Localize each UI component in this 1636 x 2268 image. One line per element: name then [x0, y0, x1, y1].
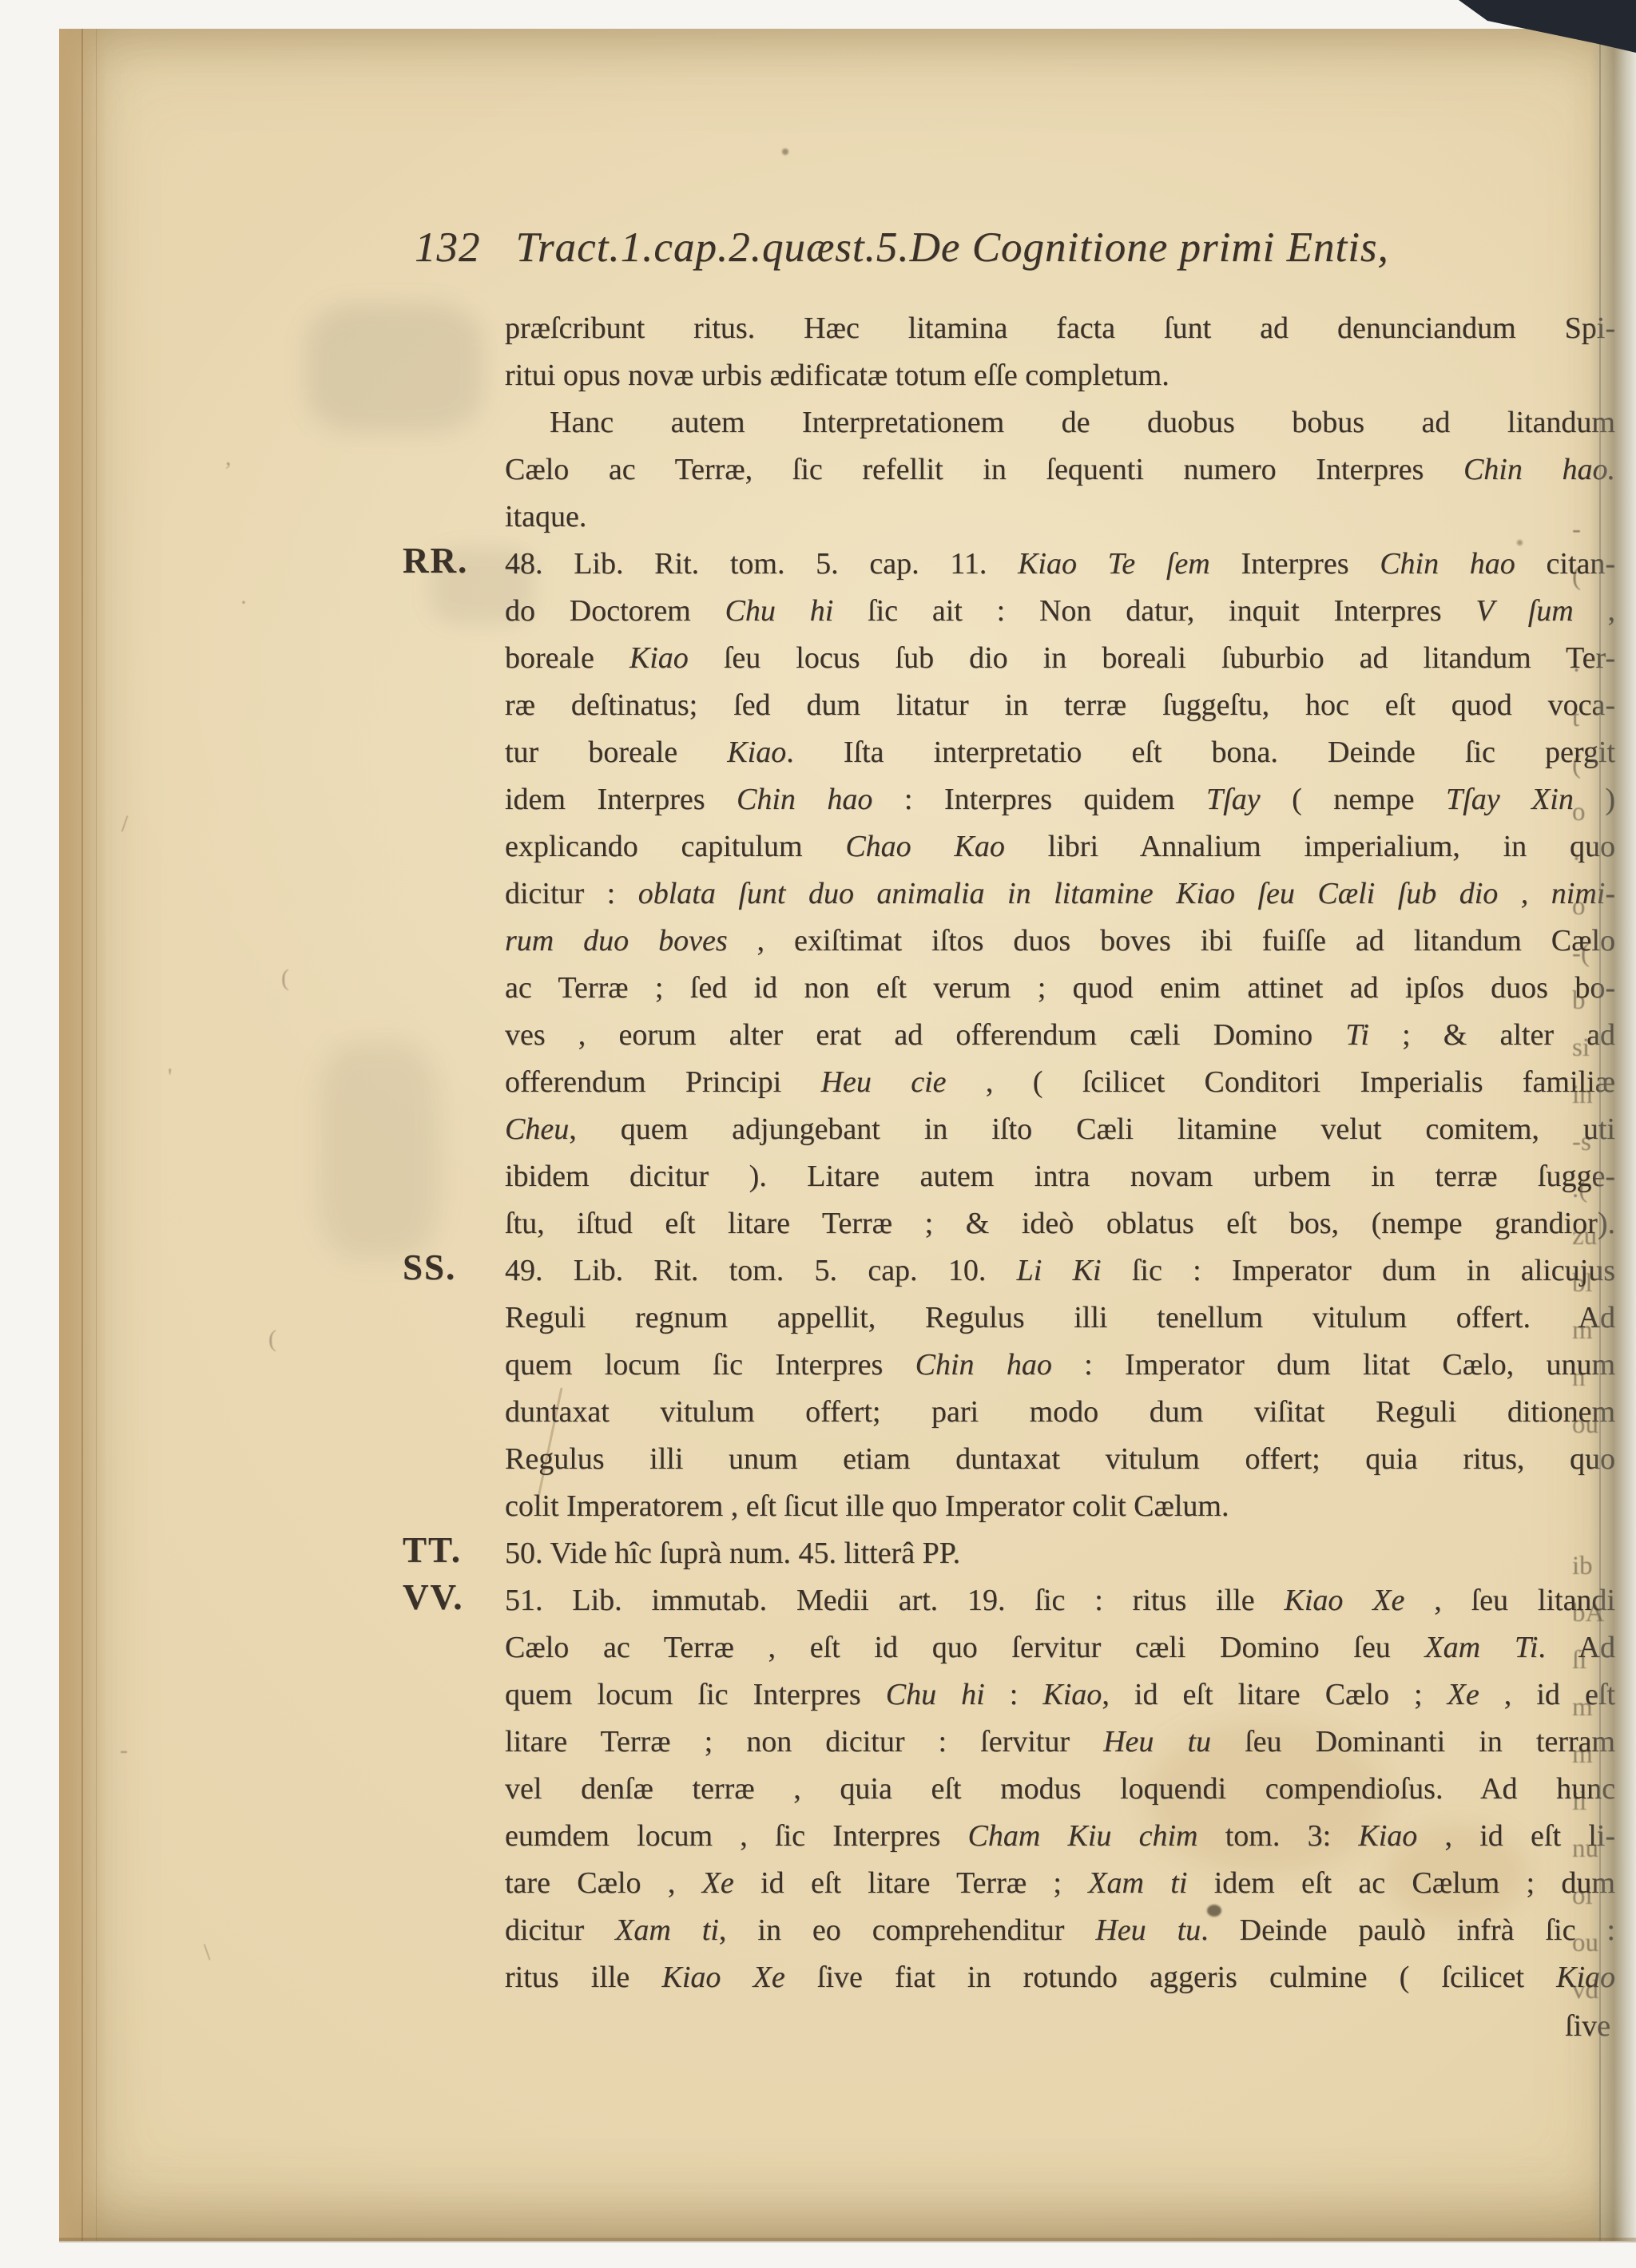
roman-text: libri Annalium imperialium, in quo: [1048, 830, 1615, 863]
text-line: 48. Lib. Rit. tom. 5. cap. 11. Kiao Te ſ…: [505, 541, 1615, 588]
text-line: duntaxat vitulum offert; pari modo dum v…: [505, 1389, 1615, 1436]
italic-text: Xam ti: [1088, 1866, 1213, 1900]
italic-text: Xe: [1447, 1678, 1479, 1711]
roman-text: Cælo ac Terræ , eſt id quo ſervitur cæli…: [505, 1631, 1424, 1664]
roman-text: Cælo ac Terræ, ſic refellit in ſequenti …: [505, 453, 1463, 486]
roman-text: , ( ſcilicet Conditori Imperialis famili…: [947, 1065, 1615, 1099]
roman-text: explicando capitulum: [505, 830, 845, 863]
binding-crease: [81, 29, 83, 2241]
text-line: explicando capitulum Chao Kao libri Anna…: [505, 823, 1615, 870]
text-line: eumdem locum , ſic Interpres Cham Kiu ch…: [505, 1813, 1615, 1860]
italic-text: Kiao Xe: [1285, 1584, 1405, 1617]
text-line: itaque.: [505, 494, 1615, 541]
binding-crease: [96, 29, 97, 2241]
margin-label: RR.: [403, 537, 468, 585]
text-line: quem locum ſic Interpres Chin hao : Impe…: [505, 1342, 1615, 1389]
italic-text: Li Ki: [1017, 1254, 1132, 1287]
italic-text: Heu tu: [1103, 1725, 1245, 1758]
roman-text: ritus ille: [505, 1961, 662, 1994]
text-line: idem Interpres Chin hao : Interpres quid…: [505, 776, 1615, 823]
roman-text: ſic : Imperator dum in alicujus: [1132, 1254, 1615, 1287]
roman-text: quem locum ſic Interpres: [505, 1348, 915, 1382]
roman-text: Reguli regnum appellit, Regulus illi ten…: [505, 1301, 1615, 1334]
roman-text: , id eſt li-: [1417, 1819, 1615, 1853]
roman-text: offerendum Principi: [505, 1065, 821, 1099]
text-line: tare Cælo , Xe id eſt litare Terræ ; Xam…: [505, 1860, 1615, 1907]
roman-text: tur boreale: [505, 736, 727, 769]
roman-text: , in eo comprehenditur: [719, 1913, 1095, 1947]
italic-text: Chao Kao: [845, 830, 1047, 863]
text-line: Cheu, quem adjungebant in iſto Cæli lita…: [505, 1106, 1615, 1153]
roman-text: 49. Lib. Rit. tom. 5. cap. 10.: [505, 1254, 1017, 1287]
italic-text: oblata ſunt duo animalia in litamine Kia…: [638, 877, 1615, 910]
roman-text: duntaxat vitulum offert; pari modo dum v…: [505, 1395, 1615, 1429]
text-line: Cælo ac Terræ, ſic refellit in ſequenti …: [505, 446, 1615, 494]
italic-text: Heu tu: [1095, 1913, 1201, 1947]
roman-text: id eſt litare Terræ ;: [734, 1866, 1089, 1900]
text-line: litare Terræ ; non dicitur : ſervitur He…: [505, 1719, 1615, 1766]
roman-text: ſive fiat in rotundo aggeris culmine ( ſ…: [817, 1961, 1556, 1994]
text-line: 49. Lib. Rit. tom. 5. cap. 10. Li Ki ſic…: [505, 1247, 1615, 1295]
text-line: dicitur Xam ti, in eo comprehenditur Heu…: [505, 1907, 1615, 1954]
roman-text: ; & alter ad: [1369, 1018, 1615, 1052]
roman-text: colit Imperatorem , eſt ſicut ille quo I…: [505, 1489, 1229, 1523]
roman-text: 50. Vide hîc ſuprà num. 45. litterâ PP.: [505, 1536, 960, 1570]
page-left-fore-edge: [59, 29, 107, 2241]
text-line: ræ deſtinatus; ſed dum litatur in terræ …: [505, 682, 1615, 729]
text-line: præſcribunt ritus. Hæc litamina facta ſu…: [505, 305, 1615, 352]
roman-text: do Doctorem: [505, 594, 725, 628]
italic-text: Chin hao: [1380, 547, 1515, 581]
italic-text: rum duo boves: [505, 924, 728, 958]
italic-text: Xe: [702, 1866, 734, 1900]
book-page-scan: 132 Tract.1.cap.2.quæst.5.De Cognitione …: [0, 0, 1636, 2268]
roman-text: itaque.: [505, 500, 586, 533]
roman-text: , quem adjungebant in iſto Cæli litamine…: [569, 1112, 1615, 1146]
roman-text: idem Interpres: [505, 783, 737, 816]
gutter-shadow-line: [1599, 29, 1601, 2241]
roman-text: idem eſt ac Cælum ; dum: [1214, 1866, 1615, 1900]
text-line: rum duo boves , exiſtimat iſtos duos bov…: [505, 918, 1615, 965]
italic-text: Tſay: [1206, 783, 1292, 816]
italic-text: Chu hi: [886, 1678, 985, 1711]
roman-text: quem locum ſic Interpres: [505, 1678, 886, 1711]
page: 132 Tract.1.cap.2.quæst.5.De Cognitione …: [59, 29, 1636, 2241]
margin-label: VV.: [403, 1574, 463, 1621]
roman-text: ibidem dicitur ). Litare autem intra nov…: [505, 1160, 1615, 1193]
text-line: Cælo ac Terræ , eſt id quo ſervitur cæli…: [505, 1624, 1615, 1671]
roman-text: Hanc autem Interpretationem de duobus bo…: [550, 406, 1615, 439]
roman-text: vel denſæ terræ , quia eſt modus loquend…: [505, 1772, 1615, 1806]
italic-text: Kiao: [1358, 1819, 1417, 1853]
roman-text: tare Cælo ,: [505, 1866, 702, 1900]
italic-text: Tſay Xin: [1446, 783, 1605, 816]
italic-text: Kiao: [1042, 1678, 1102, 1711]
margin-label: TT.: [403, 1527, 462, 1574]
roman-text: Regulus illi unum etiam duntaxat vitulum…: [505, 1442, 1615, 1476]
roman-text: . Deinde paulò infrà ſic :: [1201, 1913, 1615, 1947]
page-bottom-edge: [59, 2238, 1636, 2242]
page-number: 132: [415, 224, 481, 272]
roman-text: ( nempe: [1292, 783, 1446, 816]
text-line: vel denſæ terræ , quia eſt modus loquend…: [505, 1766, 1615, 1813]
show-through-smudge: [319, 1043, 439, 1259]
italic-text: Cheu: [505, 1112, 569, 1146]
margin-label: SS.: [403, 1244, 456, 1291]
roman-text: :: [985, 1678, 1043, 1711]
italic-text: Xam ti: [615, 1913, 719, 1947]
italic-text: Ti: [1345, 1018, 1369, 1052]
roman-text: litare Terræ ; non dicitur : ſervitur: [505, 1725, 1103, 1758]
roman-text: ac Terræ ; ſed id non eſt verum ; quod e…: [505, 971, 1615, 1005]
text-line: tur boreale Kiao. Iſta interpretatio eſt…: [505, 729, 1615, 776]
roman-text: 48. Lib. Rit. tom. 5. cap. 11.: [505, 547, 1018, 581]
roman-text: 51. Lib. immutab. Medii art. 19. ſic : r…: [505, 1584, 1285, 1617]
running-title: Tract.1.cap.2.quæst.5.De Cognitione prim…: [516, 224, 1389, 272]
italic-text: Kiao Xe: [662, 1961, 817, 1994]
text-line: Reguli regnum appellit, Regulus illi ten…: [505, 1295, 1615, 1342]
roman-text: , ſeu litandi: [1404, 1584, 1615, 1617]
speck: [782, 149, 788, 155]
italic-text: Heu cie: [821, 1065, 947, 1099]
text-line: dicitur : oblata ſunt duo animalia in li…: [505, 870, 1615, 918]
roman-text: : Imperator dum litat Cælo, unum: [1052, 1348, 1615, 1382]
roman-text: , id eſt litare Cælo ;: [1102, 1678, 1447, 1711]
text-line: ves , eorum alter erat ad offerendum cæl…: [505, 1012, 1615, 1059]
roman-text: ſtu, iſtud eſt litare Terræ ; & ideò obl…: [505, 1207, 1615, 1240]
italic-text: Kiao: [727, 736, 786, 769]
text-line: 51. Lib. immutab. Medii art. 19. ſic : r…: [505, 1577, 1615, 1624]
roman-text: ſeu Dominanti in terram: [1245, 1725, 1615, 1758]
roman-text: Interpres: [1241, 547, 1380, 581]
text-line: offerendum Principi Heu cie , ( ſcilicet…: [505, 1059, 1615, 1106]
roman-text: ſeu locus ſub dio in boreali ſuburbio ad…: [724, 641, 1615, 675]
text-line: ſtu, iſtud eſt litare Terræ ; & ideò obl…: [505, 1200, 1615, 1247]
italic-text: Kiao Te ſem: [1018, 547, 1241, 581]
italic-text: Kiao: [629, 641, 724, 675]
text-line: Hanc autem Interpretationem de duobus bo…: [505, 399, 1615, 446]
roman-text: tom. 3:: [1225, 1819, 1359, 1853]
show-through-smudge: [307, 304, 482, 432]
roman-text: boreale: [505, 641, 629, 675]
italic-text: Xam Ti: [1424, 1631, 1538, 1664]
text-line: ritus ille Kiao Xe ſive fiat in rotundo …: [505, 1954, 1615, 2001]
text-line: 50. Vide hîc ſuprà num. 45. litterâ PP.: [505, 1530, 1615, 1577]
italic-text: Chu hi: [725, 594, 868, 628]
page-right-fore-edge: [1590, 29, 1636, 2241]
roman-text: ves , eorum alter erat ad offerendum cæl…: [505, 1018, 1345, 1052]
text-line: ritui opus novæ urbis ædificatæ totum eſ…: [505, 352, 1615, 399]
italic-text: Cham Kiu chim: [967, 1819, 1225, 1853]
roman-text: . Iſta interpretatio eſt bona. Deinde ſi…: [786, 736, 1615, 769]
text-line: Regulus illi unum etiam duntaxat vitulum…: [505, 1436, 1615, 1483]
text-line: ac Terræ ; ſed id non eſt verum ; quod e…: [505, 965, 1615, 1012]
roman-text: : Interpres quidem: [872, 783, 1206, 816]
text-body: ſive præſcribunt ritus. Hæc litamina fac…: [505, 305, 1615, 2001]
roman-text: ræ deſtinatus; ſed dum litatur in terræ …: [505, 688, 1615, 722]
text-line: colit Imperatorem , eſt ſicut ille quo I…: [505, 1483, 1615, 1530]
roman-text: dicitur :: [505, 877, 638, 910]
text-line: do Doctorem Chu hi ſic ait : Non datur, …: [505, 588, 1615, 635]
italic-text: V ſum: [1475, 594, 1573, 628]
roman-text: , exiſtimat iſtos duos boves ibi fuiſſe …: [728, 924, 1615, 958]
roman-text: ritui opus novæ urbis ædificatæ totum eſ…: [505, 359, 1169, 392]
text-line: boreale Kiao ſeu locus ſub dio in boreal…: [505, 635, 1615, 682]
text-line: ibidem dicitur ). Litare autem intra nov…: [505, 1153, 1615, 1200]
italic-text: Chin hao: [737, 783, 872, 816]
running-header: 132 Tract.1.cap.2.quæst.5.De Cognitione …: [415, 224, 1389, 272]
roman-text: eumdem locum , ſic Interpres: [505, 1819, 967, 1853]
roman-text: dicitur: [505, 1913, 615, 1947]
text-line: quem locum ſic Interpres Chu hi : Kiao, …: [505, 1671, 1615, 1719]
italic-text: Chin hao: [915, 1348, 1052, 1382]
roman-text: ſic ait : Non datur, inquit Interpres: [868, 594, 1475, 628]
roman-text: præſcribunt ritus. Hæc litamina facta ſu…: [505, 311, 1615, 345]
